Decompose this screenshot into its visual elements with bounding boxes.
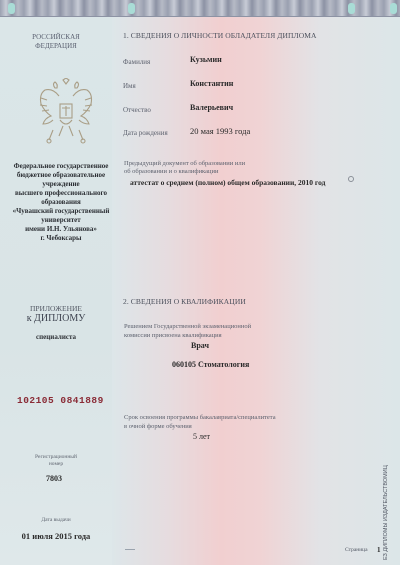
appendix-line-1: ПРИЛОЖЕНИЕ — [0, 304, 112, 313]
duration-value: 5 лет — [193, 432, 210, 441]
country-name: РОССИЙСКАЯ ФЕДЕРАЦИЯ — [0, 33, 112, 51]
ornament-icon — [8, 3, 15, 14]
duration-label-line-2: в очной форме обучения — [124, 422, 276, 431]
patronymic-value: Валерьевич — [190, 103, 233, 112]
first-name-value: Константин — [190, 79, 233, 88]
issuer-line: «Чувашский государственный — [5, 207, 117, 216]
issuer-line: имени И.Н. Ульянова» — [5, 225, 117, 234]
patronymic-label: Отчество — [123, 106, 151, 114]
printer-imprint: ЕЗ ДИПЛОМЫ ИЗДАТЕЛЬСТВОМИЦ — [383, 455, 393, 560]
issuer-line: образования — [5, 198, 117, 207]
decision-line-1: Решением Государственной экзаменационной — [124, 322, 251, 331]
circle-mark-icon — [348, 176, 354, 182]
prev-doc-label: Предыдущий документ об образовании или о… — [124, 160, 245, 176]
issue-date: 01 июля 2015 года — [0, 531, 112, 541]
coat-of-arms-icon — [37, 78, 95, 146]
prev-doc-value: аттестат о среднем (полном) общем образо… — [130, 178, 325, 187]
duration-label-line-1: Срок освоения программы бакалавриата/спе… — [124, 413, 276, 422]
issuer-line: высшего профессионального — [5, 189, 117, 198]
reg-label-line-1: Регистрационный — [0, 454, 112, 461]
issue-date-label: Дата выдачи — [0, 517, 112, 523]
appendix-title: ПРИЛОЖЕНИЕ к ДИПЛОМУ — [0, 304, 112, 325]
issuer-line: Федеральное государственное — [5, 162, 117, 171]
issuer-line: г. Чебоксары — [5, 234, 117, 243]
divider-line — [125, 549, 135, 550]
surname-label: Фамилия — [123, 58, 150, 66]
issuing-institution: Федеральное государственное бюджетное об… — [5, 162, 117, 243]
ornament-icon — [348, 3, 355, 14]
decision-label: Решением Государственной экзаменационной… — [124, 322, 251, 340]
first-name-label: Имя — [123, 82, 136, 90]
qualification-value: Врач — [191, 341, 209, 350]
issuer-line: учреждение — [5, 180, 117, 189]
ornament-icon — [390, 3, 397, 14]
country-line-2: ФЕДЕРАЦИЯ — [0, 42, 112, 51]
surname-value: Кузьмин — [190, 55, 222, 64]
ornament-icon — [128, 3, 135, 14]
duration-label: Срок освоения программы бакалавриата/спе… — [124, 413, 276, 431]
degree-type: специалиста — [0, 333, 112, 341]
birth-date-value: 20 мая 1993 года — [190, 126, 250, 136]
reg-label-line-2: номер — [0, 461, 112, 468]
prev-doc-label-line-1: Предыдущий документ об образовании или — [124, 160, 245, 168]
country-line-1: РОССИЙСКАЯ — [0, 33, 112, 42]
issuer-line: бюджетное образовательное — [5, 171, 117, 180]
specialty-value: 060105 Стоматология — [172, 360, 249, 369]
section-1-title: 1. СВЕДЕНИЯ О ЛИЧНОСТИ ОБЛАДАТЕЛЯ ДИПЛОМ… — [123, 31, 317, 40]
appendix-line-2: к ДИПЛОМУ — [0, 313, 112, 325]
serial-number: 102105 0841889 — [17, 395, 104, 406]
page-number: 1 — [377, 546, 381, 554]
section-2-title: 2. СВЕДЕНИЯ О КВАЛИФИКАЦИИ — [123, 297, 246, 306]
birth-date-label: Дата рождения — [123, 129, 168, 137]
reg-number: 7803 — [0, 474, 110, 483]
page-label: Страница — [345, 547, 368, 553]
reg-number-label: Регистрационный номер — [0, 454, 112, 468]
decorative-border — [0, 0, 400, 17]
decision-line-2: комиссии присвоена квалификация — [124, 331, 251, 340]
issuer-line: университет — [5, 216, 117, 225]
prev-doc-label-line-2: об образовании и о квалификации — [124, 168, 245, 176]
